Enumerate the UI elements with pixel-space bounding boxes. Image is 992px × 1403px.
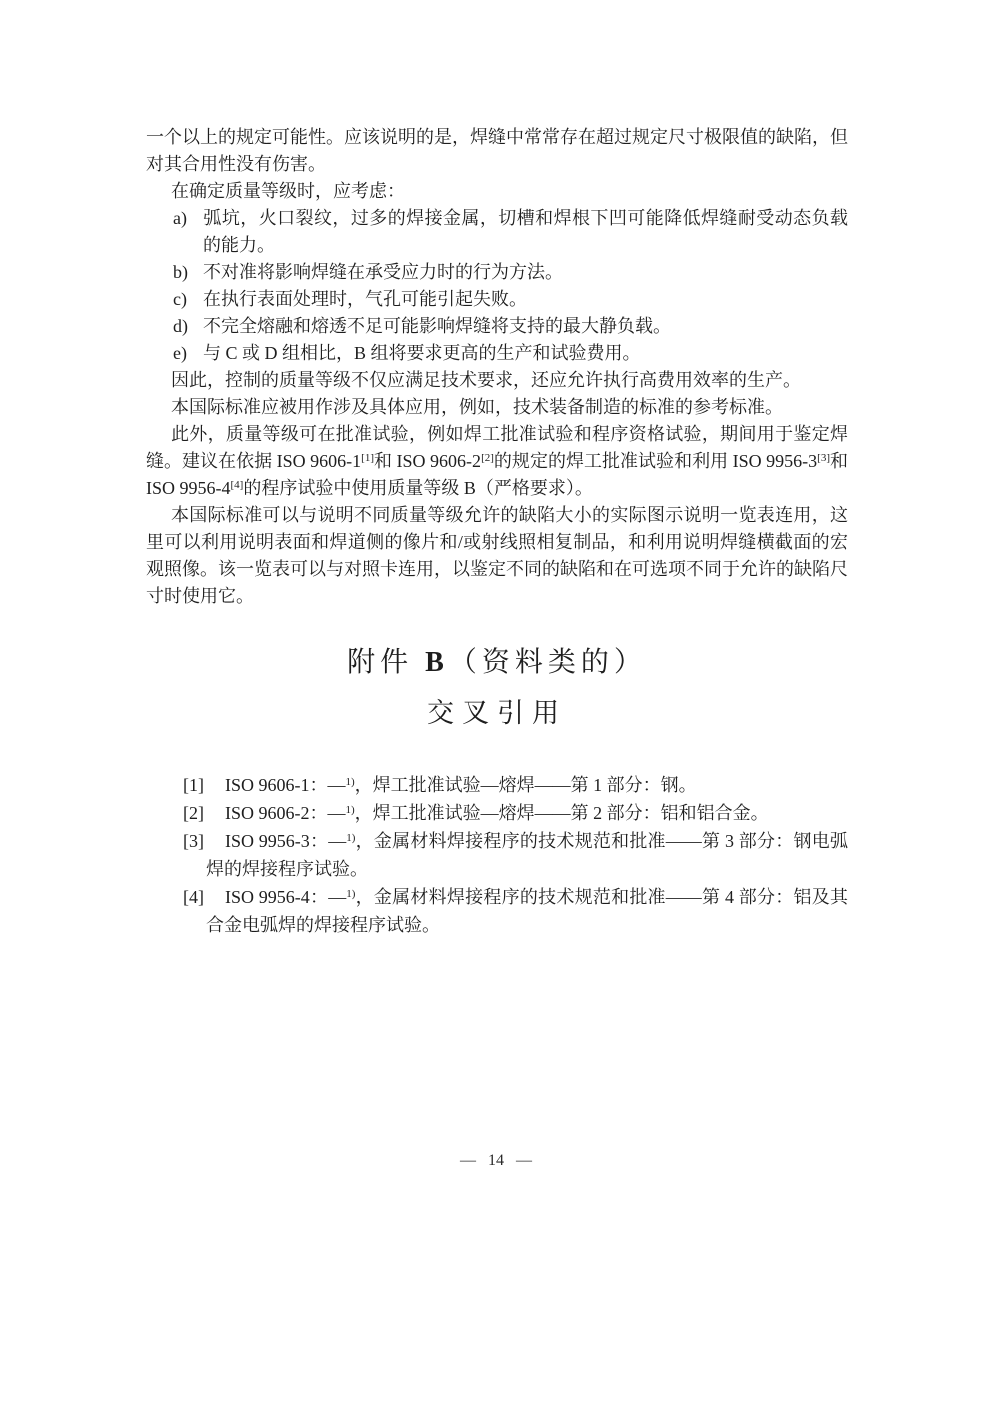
paragraph-considerations-intro: 在确定质量等级时，应考虑：	[146, 178, 848, 205]
annex-title-prefix: 附件	[347, 647, 425, 678]
list-marker: d)	[173, 313, 203, 340]
list-marker: e)	[173, 340, 203, 367]
reference-marker: [3]	[183, 827, 225, 855]
list-item-c: c)在执行表面处理时，气孔可能引起失败。	[146, 286, 848, 313]
reference-entry-1: [1]ISO 9606-1：—1)，焊工批准试验—熔焊——第 1 部分：钢。	[146, 771, 848, 799]
reference-marker: [2]	[183, 799, 225, 827]
paragraph-reference-standard: 本国际标准应被用作涉及具体应用，例如，技术装备制造的标准的参考标准。	[146, 394, 848, 421]
annex-letter: B	[425, 647, 449, 678]
paragraph-continuation: 一个以上的规定可能性。应该说明的是，焊缝中常常存在超过规定尺寸极限值的缺陷，但对…	[146, 124, 848, 178]
text-column: 一个以上的规定可能性。应该说明的是，焊缝中常常存在超过规定尺寸极限值的缺陷，但对…	[146, 124, 848, 939]
reference-entry-3: [3]ISO 9956-3：—1)，金属材料焊接程序的技术规范和批准——第 3 …	[146, 827, 848, 883]
reference-marker: [1]	[183, 771, 225, 799]
list-marker: a)	[173, 205, 203, 232]
list-item-e: e)与 C 或 D 组相比，B 组将要求更高的生产和试验费用。	[146, 340, 848, 367]
footnote-superscript: 1)	[346, 804, 355, 816]
text-segment: 的规定的焊工批准试验和利用 ISO 9956-3	[494, 451, 817, 471]
citation-superscript-4: [4]	[231, 479, 244, 491]
list-item-text: 在执行表面处理时，气孔可能引起失败。	[203, 289, 527, 309]
reference-text: ，焊工批准试验—熔焊——第 1 部分：钢。	[355, 775, 697, 795]
reference-entry-2: [2]ISO 9606-2：—1)，焊工批准试验—熔焊——第 2 部分：铝和铝合…	[146, 799, 848, 827]
reference-lead: ISO 9956-3：—	[225, 831, 346, 851]
consideration-list: a)弧坑，火口裂纹，过多的焊接金属，切槽和焊根下凹可能降低焊缝耐受动态负载的能力…	[146, 205, 848, 367]
list-item-text: 弧坑，火口裂纹，过多的焊接金属，切槽和焊根下凹可能降低焊缝耐受动态负载的能力。	[203, 208, 848, 255]
citation-superscript-1: [1]	[361, 452, 374, 464]
list-item-text: 不完全熔融和熔透不足可能影响焊缝将支持的最大静负载。	[203, 316, 671, 336]
list-marker: c)	[173, 286, 203, 313]
reference-marker: [4]	[183, 883, 225, 911]
reference-text: ，焊工批准试验—熔焊——第 2 部分：铝和铝合金。	[355, 803, 769, 823]
annex-title: 附件 B（资料类的）	[146, 643, 848, 683]
list-marker: b)	[173, 259, 203, 286]
reference-entry-4: [4]ISO 9956-4：—1)，金属材料焊接程序的技术规范和批准——第 4 …	[146, 883, 848, 939]
cross-reference-list: [1]ISO 9606-1：—1)，焊工批准试验—熔焊——第 1 部分：钢。 […	[146, 771, 848, 939]
paragraph-atlas-usage: 本国际标准可以与说明不同质量等级允许的缺陷大小的实际图示说明一览表连用，这里可以…	[146, 502, 848, 610]
annex-title-suffix: （资料类的）	[449, 647, 647, 678]
text-segment: 和 ISO 9606-2	[374, 451, 481, 471]
page-number: — 14 —	[0, 1152, 992, 1170]
list-item-text: 与 C 或 D 组相比，B 组将要求更高的生产和试验费用。	[203, 343, 641, 363]
reference-lead: ISO 9606-1：—	[225, 775, 346, 795]
list-item-a: a)弧坑，火口裂纹，过多的焊接金属，切槽和焊根下凹可能降低焊缝耐受动态负载的能力…	[146, 205, 848, 259]
list-item-text: 不对准将影响焊缝在承受应力时的行为方法。	[203, 262, 563, 282]
list-item-b: b)不对准将影响焊缝在承受应力时的行为方法。	[146, 259, 848, 286]
annex-subtitle: 交叉引用	[146, 695, 848, 731]
reference-lead: ISO 9606-2：—	[225, 803, 346, 823]
citation-superscript-2: [2]	[481, 452, 494, 464]
text-segment: 的程序试验中使用质量等级 B（严格要求）。	[243, 478, 593, 498]
paragraph-conclusion: 因此，控制的质量等级不仅应满足技术要求，还应允许执行高费用效率的生产。	[146, 367, 848, 394]
reference-lead: ISO 9956-4：—	[225, 887, 346, 907]
footnote-superscript: 1)	[346, 776, 355, 788]
list-item-d: d)不完全熔融和熔透不足可能影响焊缝将支持的最大静负载。	[146, 313, 848, 340]
citation-superscript-3: [3]	[817, 452, 830, 464]
paragraph-approval-tests: 此外，质量等级可在批准试验，例如焊工批准试验和程序资格试验，期间用于鉴定焊缝。建…	[146, 421, 848, 502]
document-page: 一个以上的规定可能性。应该说明的是，焊缝中常常存在超过规定尺寸极限值的缺陷，但对…	[0, 0, 992, 1403]
